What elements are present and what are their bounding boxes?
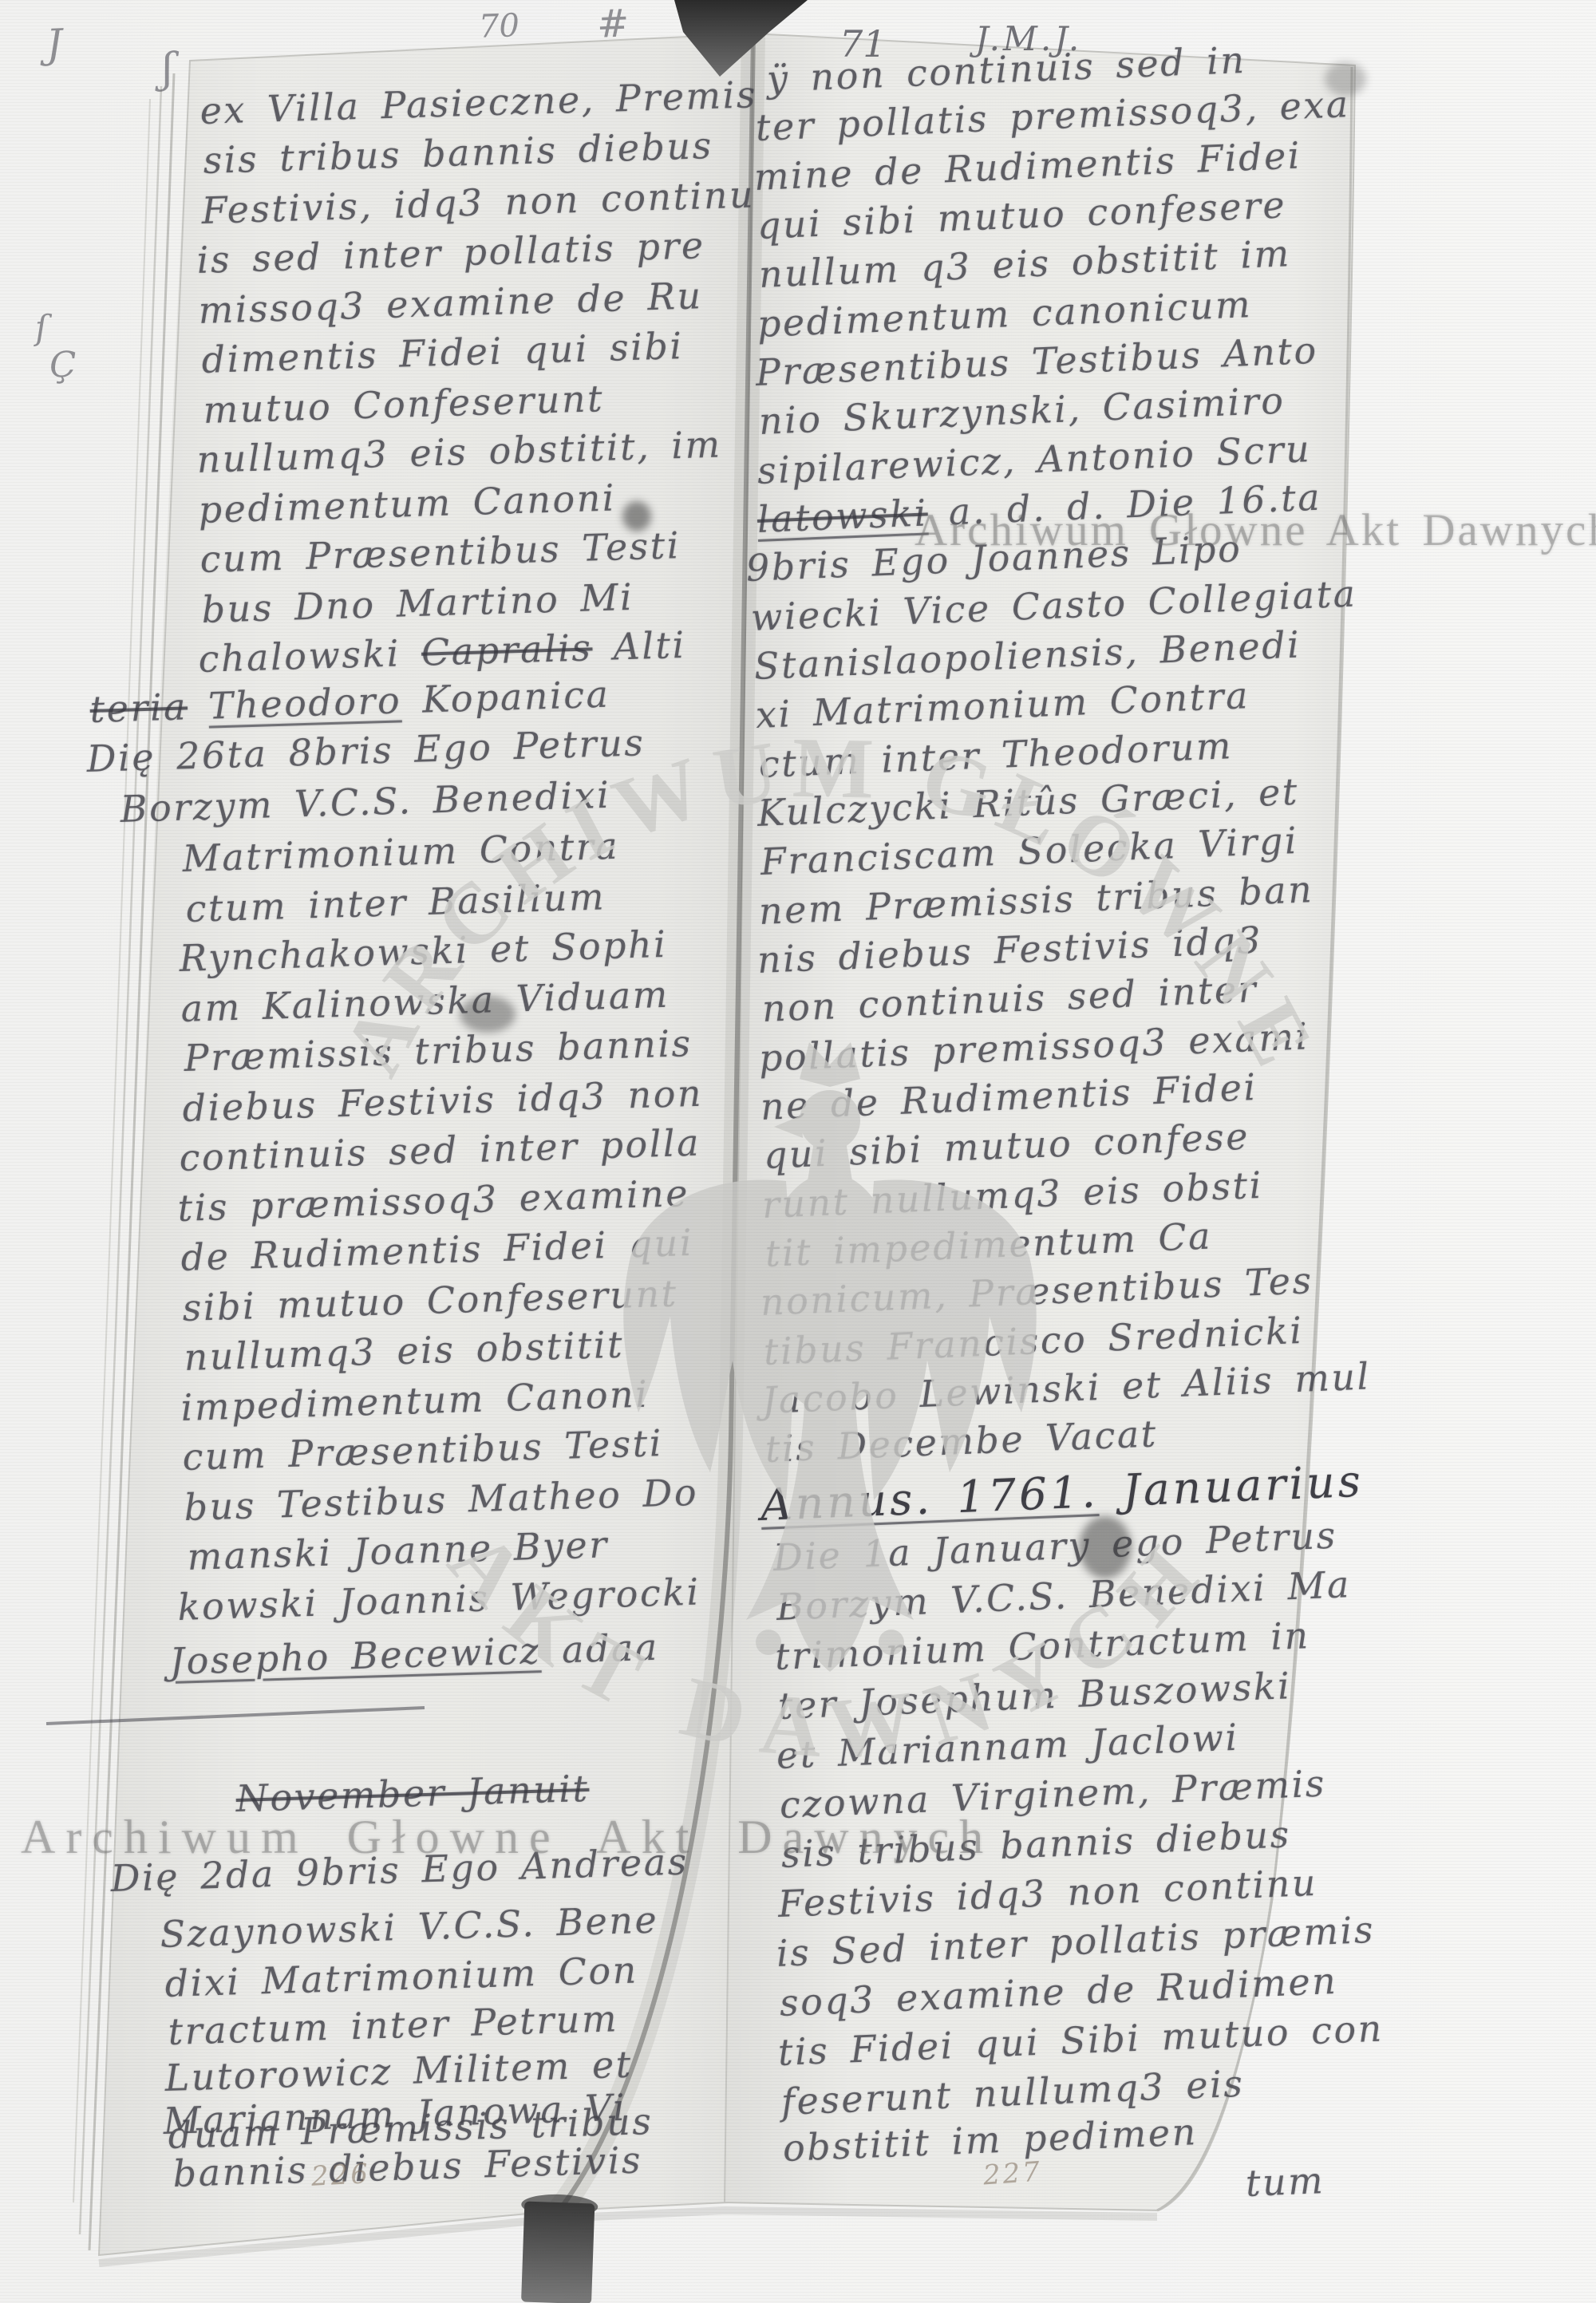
scanned-register-spread: ex Villa Pasieczne, Premissis tribus ban… — [0, 0, 1596, 2303]
entry-rule-line — [0, 0, 1596, 2303]
